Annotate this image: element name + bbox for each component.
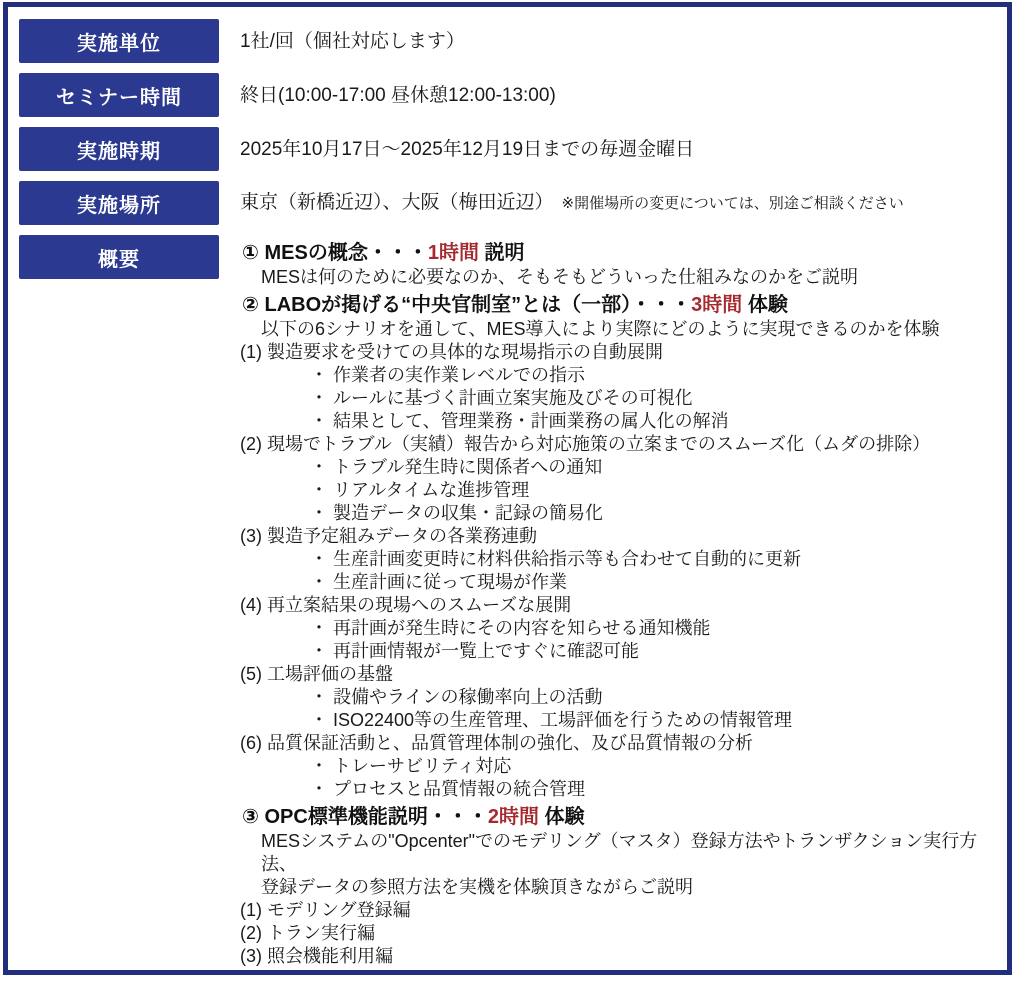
scenario-number: (6) [240,733,262,753]
scenario-number: (2) [240,434,262,454]
bullet-text: 設備やラインの稼働率向上の活動 [333,687,602,707]
scenario-number: (4) [240,595,262,615]
scenario-text: 製造予定組みデータの各業務連動 [262,526,537,546]
table-row: 概要 ① MESの概念・・・1時間 説明MESは何のために必要なのか、そもそもど… [19,235,1007,968]
row-label-text: 概要 [98,243,140,272]
scenario-number: (2) [240,923,262,943]
section-number-icon: ③ [242,806,259,828]
scenario-text: モデリング登録編 [262,900,411,920]
bullet-text: プロセスと品質情報の統合管理 [333,779,585,799]
section-number-icon: ② [242,294,259,316]
row-value: 終日(10:00-17:00 昼休憩12:00-13:00) [240,84,556,107]
row-label-unit: 実施単位 [19,19,219,63]
bullet-item: ・結果として、管理業務・計画業務の属人化の解消 [240,410,1000,433]
bullet-icon: ・ [310,710,333,730]
row-content: 2025年10月17日～2025年12月19日までの毎週金曜日 [240,138,694,161]
bullet-item: ・生産計画変更時に材料供給指示等も合わせて自動的に更新 [240,548,1000,571]
bullet-icon: ・ [310,503,333,523]
section-number-icon: ① [242,242,259,264]
scenario-text: 現場でトラブル（実績）報告から対応施策の立案までのスムーズ化（ムダの排除） [262,434,930,454]
row-label-text: セミナー時間 [56,81,182,110]
scenario-number: (3) [240,526,262,546]
scenario-item: (3) 照会機能利用編 [240,945,1000,968]
scenario-text: 再立案結果の現場へのスムーズな展開 [262,595,571,615]
scenario-item: (6) 品質保証活動と、品質管理体制の強化、及び品質情報の分析 [240,732,1000,755]
bullet-item: ・再計画が発生時にその内容を知らせる通知機能 [240,617,1000,640]
bullet-icon: ・ [310,779,333,799]
scenario-item: (2) トラン実行編 [240,922,1000,945]
row-content: 東京（新橋近辺）、大阪（梅田近辺） ※開催場所の変更については、別途ご相談くださ… [240,191,904,215]
row-label-place: 実施場所 [19,181,219,225]
section-duration: 1時間 [428,242,479,264]
row-value: 2025年10月17日～2025年12月19日までの毎週金曜日 [240,138,694,161]
bullet-icon: ・ [310,641,333,661]
scenario-text: 品質保証活動と、品質管理体制の強化、及び品質情報の分析 [262,733,753,753]
bullet-icon: ・ [310,687,333,707]
bullet-item: ・生産計画に従って現場が作業 [240,571,1000,594]
bullet-icon: ・ [310,572,333,592]
section-description: MESは何のために必要なのか、そもそもどういった仕組みなのかをご説明 [240,266,1000,289]
bullet-item: ・作業者の実作業レベルでの指示 [240,364,1000,387]
bullet-text: 再計画情報が一覧上ですぐに確認可能 [333,641,639,661]
bullet-item: ・プロセスと品質情報の統合管理 [240,778,1000,801]
scenario-item: (3) 製造予定組みデータの各業務連動 [240,525,1000,548]
bullet-text: 作業者の実作業レベルでの指示 [333,365,585,385]
scenario-text: 照会機能利用編 [262,946,393,966]
bullet-item: ・製造データの収集・記録の簡易化 [240,502,1000,525]
table-row: 実施場所 東京（新橋近辺）、大阪（梅田近辺） ※開催場所の変更については、別途ご… [19,181,1007,225]
scenario-number: (1) [240,900,262,920]
seminar-table-frame: 実施単位 1社/回（個社対応します） セミナー時間 終日(10:00-17:00… [3,2,1012,975]
section-title: OPC標準機能説明・・・ [259,806,488,828]
section-title: LABOが掲げる“中央官制室”とは（一部）・・・ [259,294,691,316]
bullet-item: ・トレーサビリティ対応 [240,755,1000,778]
bullet-icon: ・ [310,411,333,431]
section-header: ③ OPC標準機能説明・・・2時間 体験 [240,804,1000,830]
section-duration: 3時間 [691,294,742,316]
scenario-number: (3) [240,946,262,966]
section-title: MESの概念・・・ [259,242,428,264]
section-suffix: 体験 [539,806,585,828]
section-description: 以下の6シナリオを通して、MES導入により実際にどのように実現できるのかを体験 [240,318,1000,341]
table-row: 実施単位 1社/回（個社対応します） [19,19,1007,63]
bullet-text: トラブル発生時に関係者への通知 [333,457,602,477]
scenario-number: (5) [240,664,262,684]
row-value: 1社/回（個社対応します） [240,30,465,53]
section-suffix: 説明 [479,242,525,264]
row-content: 終日(10:00-17:00 昼休憩12:00-13:00) [240,84,556,107]
section-duration: 2時間 [488,806,539,828]
bullet-text: ルールに基づく計画立案実施及びその可視化 [333,388,693,408]
bullet-text: ISO22400等の生産管理、工場評価を行うための情報管理 [333,710,792,730]
bullet-text: トレーサビリティ対応 [333,756,511,776]
scenario-item: (1) モデリング登録編 [240,899,1000,922]
bullet-icon: ・ [310,457,333,477]
bullet-item: ・ISO22400等の生産管理、工場評価を行うための情報管理 [240,709,1000,732]
scenario-text: 製造要求を受けての具体的な現場指示の自動展開 [262,342,663,362]
scenario-text: トラン実行編 [262,923,375,943]
section-header: ① MESの概念・・・1時間 説明 [240,240,1000,266]
bullet-text: リアルタイムな進捗管理 [333,480,529,500]
bullet-icon: ・ [310,756,333,776]
section-header: ② LABOが掲げる“中央官制室”とは（一部）・・・3時間 体験 [240,292,1000,318]
bullet-text: 生産計画変更時に材料供給指示等も合わせて自動的に更新 [333,549,801,569]
table-row: 実施時期 2025年10月17日～2025年12月19日までの毎週金曜日 [19,127,1007,171]
scenario-item: (4) 再立案結果の現場へのスムーズな展開 [240,594,1000,617]
bullet-text: 再計画が発生時にその内容を知らせる通知機能 [333,618,710,638]
row-content: 1社/回（個社対応します） [240,30,465,53]
row-label-text: 実施場所 [77,189,161,218]
section-description: 登録データの参照方法を実機を体験頂きながらご説明 [240,876,1000,899]
bullet-item: ・設備やラインの稼働率向上の活動 [240,686,1000,709]
scenario-item: (2) 現場でトラブル（実績）報告から対応施策の立案までのスムーズ化（ムダの排除… [240,433,1000,456]
bullet-text: 製造データの収集・記録の簡易化 [333,503,603,523]
bullet-item: ・再計画情報が一覧上ですぐに確認可能 [240,640,1000,663]
row-label-text: 実施単位 [77,27,161,56]
row-value: 東京（新橋近辺）、大阪（梅田近辺） [240,191,554,214]
row-label-seminar-time: セミナー時間 [19,73,219,117]
bullet-text: 結果として、管理業務・計画業務の属人化の解消 [333,411,729,431]
bullet-icon: ・ [310,549,333,569]
scenario-number: (1) [240,342,262,362]
seminar-info-page: 実施単位 1社/回（個社対応します） セミナー時間 終日(10:00-17:00… [0,0,1024,986]
bullet-item: ・トラブル発生時に関係者への通知 [240,456,1000,479]
scenario-item: (1) 製造要求を受けての具体的な現場指示の自動展開 [240,341,1000,364]
bullet-icon: ・ [310,365,333,385]
bullet-text: 生産計画に従って現場が作業 [333,572,567,592]
section-description: MESシステムの"Opcenter"でのモデリング（マスタ）登録方法やトランザク… [240,830,1000,876]
bullet-item: ・リアルタイムな進捗管理 [240,479,1000,502]
bullet-icon: ・ [310,388,333,408]
row-label-overview: 概要 [19,235,219,279]
bullet-icon: ・ [310,618,333,638]
scenario-item: (5) 工場評価の基盤 [240,663,1000,686]
table-row: セミナー時間 終日(10:00-17:00 昼休憩12:00-13:00) [19,73,1007,117]
overview-content: ① MESの概念・・・1時間 説明MESは何のために必要なのか、そもそもどういっ… [240,235,1000,968]
section-suffix: 体験 [742,294,788,316]
place-change-note: ※開催場所の変更については、別途ご相談ください [562,192,904,215]
row-label-period: 実施時期 [19,127,219,171]
bullet-item: ・ルールに基づく計画立案実施及びその可視化 [240,387,1000,410]
row-label-text: 実施時期 [77,135,161,164]
bullet-icon: ・ [310,480,333,500]
scenario-text: 工場評価の基盤 [262,664,393,684]
